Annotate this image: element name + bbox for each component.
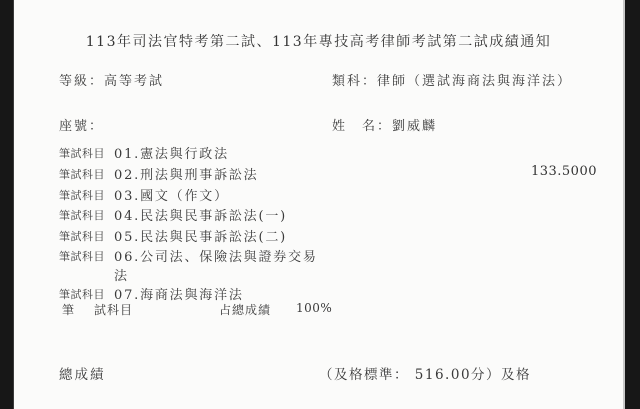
name-value: 劉威麟 [392,119,437,134]
page-title: 113年司法官特考第二試、113年專技高考律師考試第二試成績通知 [14,31,623,51]
passing-standard-note: （及格標準： 516.00分）及格 [319,363,531,383]
seat-label: 座號： [59,119,104,134]
total-score-row: 總成績 （及格標準： 516.00分）及格 [14,363,623,385]
seat-field: 座號： [59,115,104,134]
category-field: 類科：律師（選試海商法與海洋法） [332,70,572,89]
subject-name: 01.憲法與行政法 [114,143,229,162]
subject-type-label: 筆試科目 [59,228,105,244]
summary-label-part2: 試科目 [94,301,133,318]
subject-name: 02.刑法與刑事訴訟法 [114,164,258,183]
subject-type-label: 筆試科目 [59,207,105,223]
level-field: 等級：高等考試 [59,70,164,89]
subject-name: 03.國文（作文） [114,185,229,204]
subject-row: 筆試科目 06.公司法、保險法與證券交易 [14,246,623,266]
subject-type-label: 筆試科目 [59,166,105,182]
subject-row: 筆試科目 04.民法與民事訴訟法(一) [14,205,623,225]
subject-row: 筆試科目 05.民法與民事訴訟法(二) [14,226,623,246]
category-label: 類科： [332,74,377,89]
left-black-bar [0,0,14,409]
subject-type-label: 筆試科目 [59,248,105,264]
subject-name: 05.民法與民事訴訟法(二) [114,226,287,245]
subject-name: 04.民法與民事訴訟法(一) [114,205,287,224]
subject-name-wrapped-line: 法 [114,265,129,284]
subject-type-label: 筆試科目 [59,286,105,302]
weight-label: 占總成績 [219,301,271,318]
subject-type-label: 筆試科目 [59,187,105,203]
document-viewer: 113年司法官特考第二試、113年專技高考律師考試第二試成績通知 等級：高等考試… [0,0,640,409]
category-value: 律師（選試海商法與海洋法） [377,74,572,89]
summary-label-part1: 筆 [62,301,75,318]
level-value: 高等考試 [104,74,164,89]
subject-row: 筆試科目 03.國文（作文） [14,185,623,205]
level-label: 等級： [59,74,104,89]
subject-type-label: 筆試科目 [59,145,105,161]
written-subjects-summary-row: 筆 試科目 占總成績 100% [14,301,623,321]
name-field: 姓 名：劉威麟 [332,115,437,134]
total-score-label: 總成績 [59,363,106,383]
subject-row: 筆試科目 02.刑法與刑事訴訟法 133.5000 [14,164,623,184]
score-notice-page: 113年司法官特考第二試、113年專技高考律師考試第二試成績通知 等級：高等考試… [14,0,623,409]
subject-row: 筆試科目 01.憲法與行政法 [14,143,623,163]
right-black-bar [623,0,640,409]
name-label: 姓 名： [332,119,392,134]
subject-score: 133.5000 [531,164,597,179]
weight-value: 100% [296,301,332,315]
subject-name: 06.公司法、保險法與證券交易 [114,246,318,265]
